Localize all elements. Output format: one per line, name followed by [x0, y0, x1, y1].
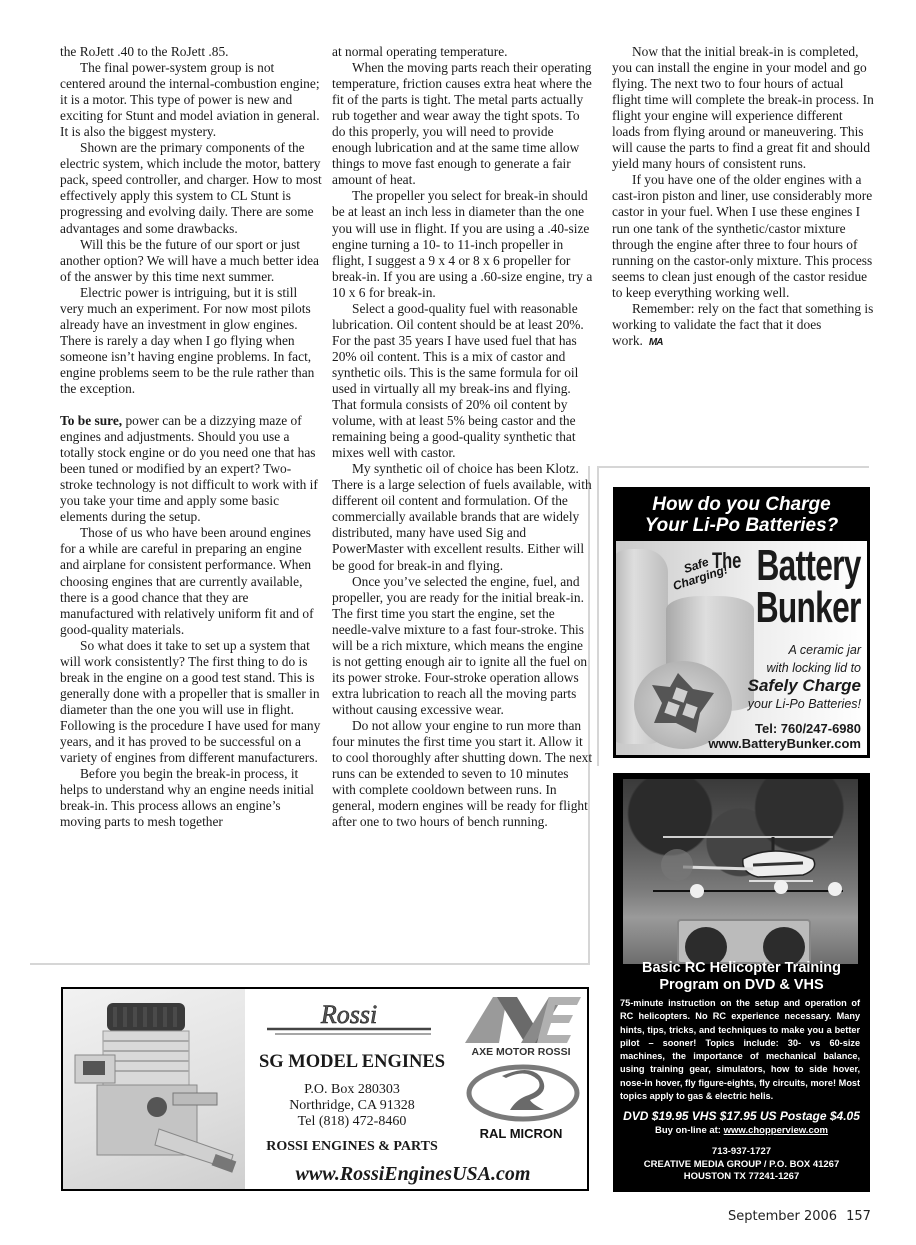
paragraph-section-start: To be sure, power can be a dizzying maze… — [60, 413, 322, 525]
model-engine-icon — [63, 989, 245, 1189]
axe-motor-rossi-label: AXE MOTOR ROSSI — [459, 1046, 583, 1058]
ad-description: 75-minute instruction on the setup and o… — [620, 996, 860, 1102]
city: HOUSTON TX 77241-1267 — [613, 1171, 870, 1184]
article-column-3: Now that the initial break-in is complet… — [612, 44, 874, 351]
svg-text:Rossi: Rossi — [320, 1000, 377, 1029]
paragraph: Remember: rely on the fact that somethin… — [612, 301, 874, 351]
paragraph: The final power-system group is not cent… — [60, 60, 322, 140]
article-frame-bottom — [30, 963, 590, 965]
paragraph: Shown are the primary components of the … — [60, 140, 322, 236]
issue-date: September 2006 — [728, 1209, 837, 1224]
section-lead-in: To be sure, — [60, 413, 122, 428]
engine-photo — [63, 989, 245, 1189]
helicopter-icon — [653, 829, 843, 914]
phone: 713-937-1727 — [613, 1146, 870, 1159]
phone: Tel (818) 472-8460 — [247, 1114, 457, 1130]
ad-contact: Tel: 760/247-6980 www.BatteryBunker.com — [708, 721, 861, 751]
rossi-engines-ad[interactable]: Rossi SG MODEL ENGINES P.O. Box 280303 N… — [61, 987, 589, 1191]
page-folio: September 2006157 — [728, 1209, 871, 1224]
company-name: SG MODEL ENGINES — [247, 1052, 457, 1073]
ad-title: Basic RC Helicopter Training Program on … — [613, 960, 870, 994]
paragraph: My synthetic oil of choice has been Klot… — [332, 461, 594, 573]
end-mark-icon: MA — [649, 337, 663, 348]
ral-micron-logo — [466, 1064, 580, 1122]
phone: Tel: 760/247-6980 — [708, 721, 861, 736]
paragraph: So what does it take to set up a system … — [60, 638, 322, 766]
helicopter-photo — [623, 779, 858, 964]
article-frame-ad-left — [597, 466, 599, 766]
ad-contact: 713-937-1727 CREATIVE MEDIA GROUP / P.O.… — [613, 1146, 870, 1184]
tagline: ROSSI ENGINES & PARTS — [247, 1139, 457, 1155]
axe-logo — [459, 993, 583, 1045]
paragraph: The propeller you select for break-in sh… — [332, 188, 594, 300]
article-frame-mid — [597, 466, 869, 468]
article-column-2: at normal operating temperature. When th… — [332, 44, 594, 830]
paragraph: Do not allow your engine to run more tha… — [332, 718, 594, 830]
ad-body: Safe Charging! The Battery Bunker A cera… — [616, 541, 867, 755]
ral-micron-label: RAL MICRON — [459, 1126, 583, 1141]
ad-description: A ceramic jar with locking lid to Safely… — [748, 641, 861, 713]
ad-headline: How do you Charge Your Li-Po Batteries? — [616, 490, 867, 541]
paragraph: Those of us who have been around engines… — [60, 525, 322, 637]
paragraph: Once you’ve selected the engine, fuel, a… — [332, 574, 594, 718]
chopperview-link[interactable]: www.chopperview.com — [724, 1125, 828, 1136]
paragraph: Electric power is intriguing, but it is … — [60, 285, 322, 397]
paragraph: Before you begin the break-in process, i… — [60, 766, 322, 830]
brand-battery: Battery — [757, 545, 861, 587]
page-number: 157 — [846, 1209, 871, 1224]
paragraph: If you have one of the older engines wit… — [612, 172, 874, 300]
paragraph: at normal operating temperature. — [332, 44, 594, 60]
radio-controller-image — [677, 919, 811, 964]
paragraph: Will this be the future of our sport or … — [60, 237, 322, 285]
price-list: DVD $19.95 VHS $17.95 US Postage $4.05 — [613, 1109, 870, 1123]
rossi-logo: Rossi — [261, 997, 437, 1039]
paragraph: Select a good-quality fuel with reasonab… — [332, 301, 594, 461]
brand-the: The — [712, 548, 741, 574]
paragraph: the RoJett .40 to the RoJett .85. — [60, 44, 322, 60]
paragraph: When the moving parts reach their operat… — [332, 60, 594, 188]
brand-bunker: Bunker — [756, 587, 861, 629]
article-column-1: the RoJett .40 to the RoJett .85. The fi… — [60, 44, 322, 830]
website-link[interactable]: www.BatteryBunker.com — [708, 736, 861, 751]
battery-bunker-ad[interactable]: How do you Charge Your Li-Po Batteries? … — [613, 487, 870, 758]
buy-online: Buy on-line at: www.chopperview.com — [613, 1125, 870, 1136]
address: P.O. Box 280303 Northridge, CA 91328 Tel… — [247, 1082, 457, 1130]
helicopter-training-ad[interactable]: Basic RC Helicopter Training Program on … — [613, 773, 870, 1192]
paragraph: Now that the initial break-in is complet… — [612, 44, 874, 172]
left-stick — [685, 927, 727, 964]
website-link[interactable]: www.RossiEnginesUSA.com — [263, 1163, 563, 1186]
company: CREATIVE MEDIA GROUP / P.O. BOX 41267 — [613, 1159, 870, 1172]
right-stick — [763, 927, 805, 964]
